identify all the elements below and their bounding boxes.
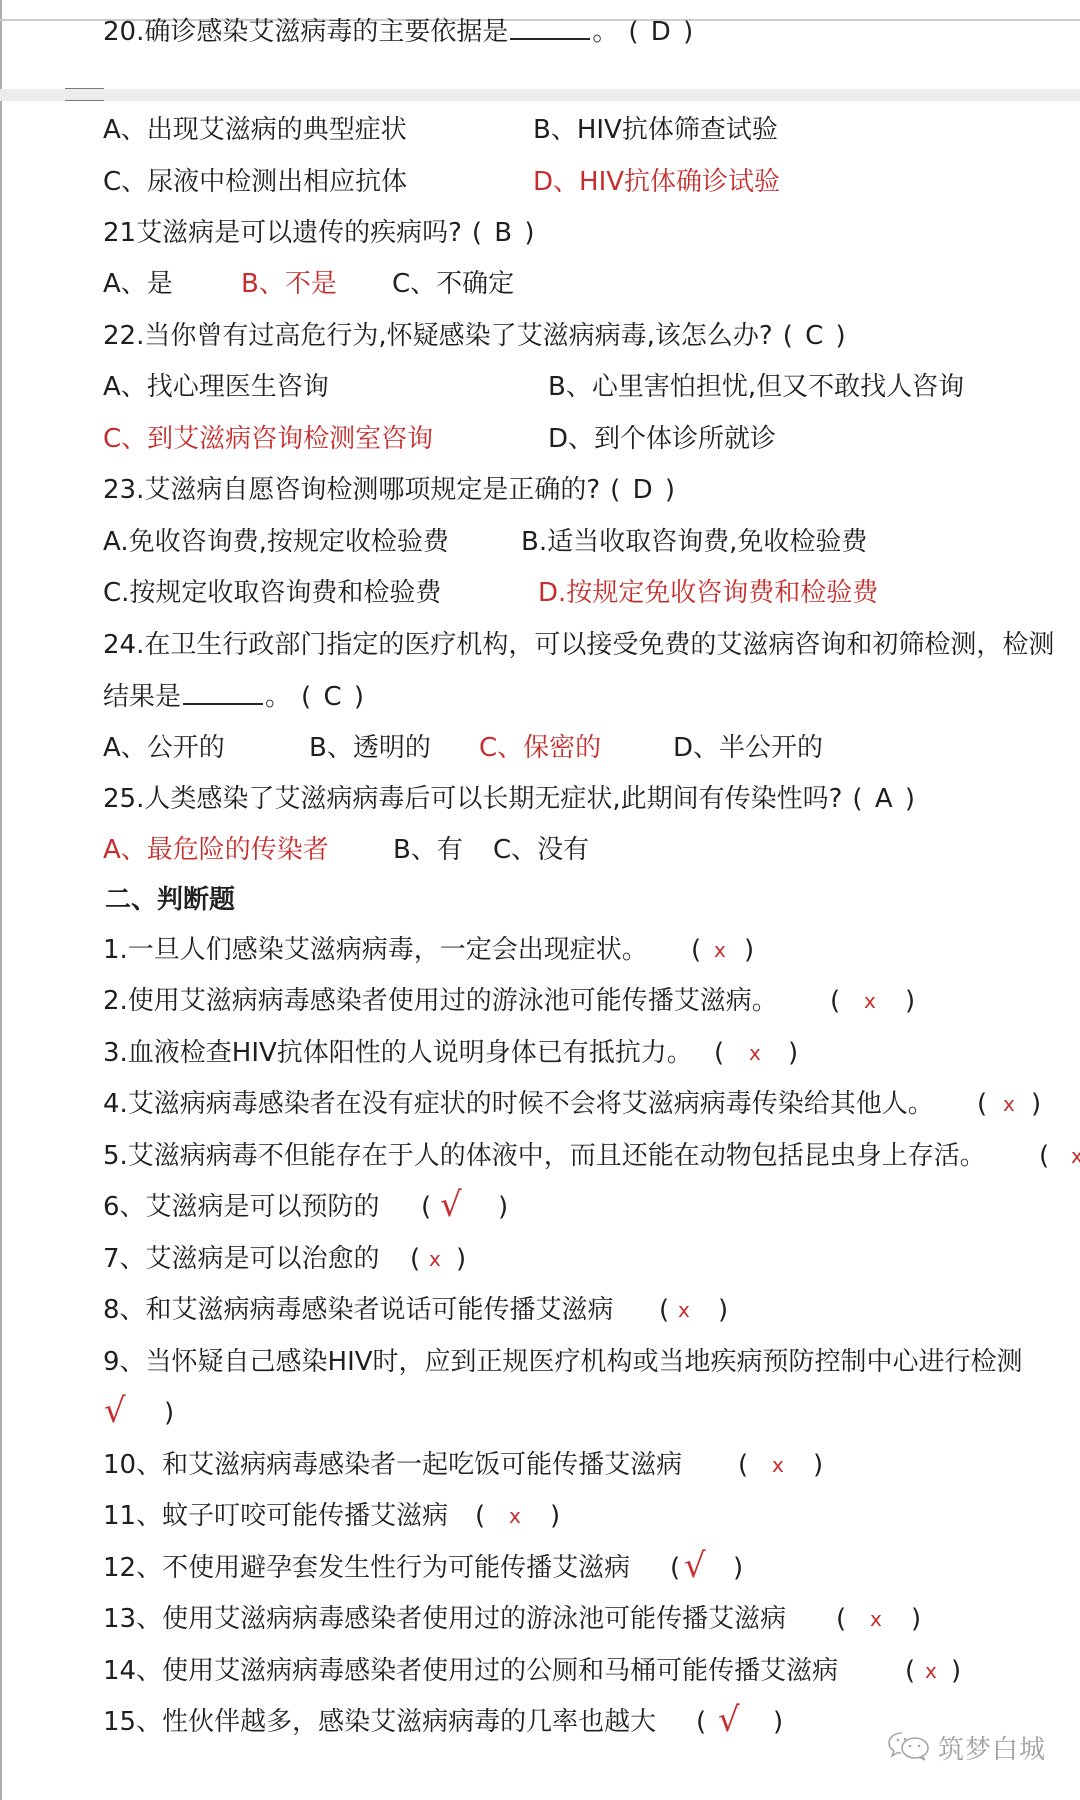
- wechat-icon: [886, 1729, 932, 1765]
- fill-in-blank: [510, 16, 590, 40]
- close-paren: ): [744, 935, 754, 965]
- open-paren: (: [475, 1501, 485, 1531]
- options-row: A、找心理医生咨询 B、心里害怕担忧,但又不敢找人咨询: [0, 372, 1080, 402]
- open-paren: (: [738, 1450, 748, 1480]
- answer-key: ( C ): [783, 321, 848, 351]
- tf-stem: 13、使用艾滋病病毒感染者使用过的游泳池可能传播艾滋病: [103, 1604, 786, 1634]
- close-paren: ): [813, 1450, 823, 1480]
- tf-stem: 1.一旦人们感染艾滋病病毒，一定会出现症状。: [103, 935, 648, 965]
- question-stem-continued: 结果是。( C ): [103, 681, 366, 712]
- options-row: A、出现艾滋病的典型症状 B、HIV抗体筛查试验: [0, 115, 1080, 145]
- fill-in-blank: [183, 681, 263, 705]
- option-a: A、找心理医生咨询: [103, 372, 329, 402]
- cross-mark-icon: x: [772, 1450, 784, 1480]
- tf-item-8: 8、和艾滋病病毒感染者说话可能传播艾滋病 ( x ): [0, 1295, 1080, 1325]
- option-b: B、HIV抗体筛查试验: [533, 115, 778, 145]
- cross-mark-icon: x: [429, 1244, 441, 1274]
- tf-item-10: 10、和艾滋病病毒感染者一起吃饭可能传播艾滋病 ( x ): [0, 1450, 1080, 1480]
- option-c: C、尿液中检测出相应抗体: [103, 167, 407, 197]
- options-row: A、最危险的传染者 B、有 C、没有: [0, 835, 1080, 865]
- open-paren: (: [714, 1038, 724, 1068]
- answer-key: ( C ): [301, 682, 366, 712]
- options-row: C、尿液中检测出相应抗体 D、HIV抗体确诊试验: [0, 167, 1080, 197]
- option-c-correct: C、保密的: [479, 733, 601, 763]
- question-stem: 25.人类感染了艾滋病病毒后可以长期无症状,此期间有传染性吗?( A ): [103, 784, 917, 814]
- question-stem: 22.当你曾有过高危行为,怀疑感染了艾滋病病毒,该怎么办?( C ): [103, 321, 848, 351]
- cross-mark-icon: x: [509, 1501, 521, 1531]
- option-d-correct: D、HIV抗体确诊试验: [533, 167, 780, 197]
- close-paren: ): [905, 986, 915, 1016]
- section-heading: 二、判断题: [0, 885, 1080, 915]
- close-paren: ): [718, 1295, 728, 1325]
- answer-key: ( B ): [472, 218, 537, 248]
- check-mark-icon: √: [440, 1190, 462, 1220]
- tf-item-7: 7、艾滋病是可以治愈的 ( x ): [0, 1244, 1080, 1274]
- check-mark-icon: √: [684, 1551, 706, 1581]
- question-24: 24.在卫生行政部门指定的医疗机构，可以接受免费的艾滋病咨询和初筛检测，检测: [0, 630, 1080, 660]
- tf-item-13: 13、使用艾滋病病毒感染者使用过的游泳池可能传播艾滋病 ( x ): [0, 1604, 1080, 1634]
- answer-key: ( A ): [852, 784, 917, 814]
- open-paren: (: [1039, 1141, 1049, 1171]
- question-22: 22.当你曾有过高危行为,怀疑感染了艾滋病病毒,该怎么办?( C ): [0, 321, 1080, 351]
- question-25: 25.人类感染了艾滋病病毒后可以长期无症状,此期间有传染性吗?( A ): [0, 784, 1080, 814]
- cross-mark-icon: x: [678, 1295, 690, 1325]
- close-paren: ): [550, 1501, 560, 1531]
- tf-item-3: 3.血液检查HIV抗体阳性的人说明身体已有抵抗力。 ( x ): [0, 1038, 1080, 1068]
- close-paren: ): [456, 1244, 466, 1274]
- question-stem: 23.艾滋病自愿咨询检测哪项规定是正确的?( D ): [103, 475, 677, 505]
- cross-mark-icon: x: [714, 935, 726, 965]
- page-break-band: [0, 89, 1080, 101]
- question-20: 20.确诊感染艾滋病毒的主要依据是。( D ): [0, 16, 1080, 46]
- answer-key: ( D ): [610, 475, 677, 505]
- watermark-text: 筑梦白城: [938, 1729, 1046, 1766]
- close-paren: ): [1031, 1089, 1041, 1119]
- tf-item-11: 11、蚊子叮咬可能传播艾滋病 ( x ): [0, 1501, 1080, 1531]
- open-paren: (: [977, 1089, 987, 1119]
- check-mark-icon: √: [718, 1705, 740, 1735]
- tf-stem: 4.艾滋病病毒感染者在没有症状的时候不会将艾滋病病毒传染给其他人。: [103, 1089, 934, 1119]
- watermark: 筑梦白城: [886, 1731, 1046, 1763]
- open-paren: (: [421, 1192, 431, 1222]
- option-b-correct: B、不是: [241, 269, 337, 299]
- question-stem: 20.确诊感染艾滋病毒的主要依据是。( D ): [103, 16, 695, 47]
- option-a: A、出现艾滋病的典型症状: [103, 115, 407, 145]
- tf-stem: 14、使用艾滋病病毒感染者使用过的公厕和马桶可能传播艾滋病: [103, 1656, 838, 1686]
- options-row: C.按规定收取咨询费和检验费 D.按规定免收咨询费和检验费: [0, 578, 1080, 608]
- cross-mark-icon: x: [864, 986, 876, 1016]
- cross-mark-icon: x: [1071, 1141, 1080, 1171]
- option-d-correct: D.按规定免收咨询费和检验费: [538, 578, 878, 608]
- cross-mark-icon: x: [925, 1656, 937, 1686]
- question-stem: 21艾滋病是可以遗传的疾病吗?( B ): [103, 218, 537, 248]
- close-paren: ): [733, 1553, 743, 1583]
- page-break-marker-top: [65, 88, 104, 89]
- tf-stem: 11、蚊子叮咬可能传播艾滋病: [103, 1501, 448, 1531]
- open-paren: (: [691, 935, 701, 965]
- tf-stem: 12、不使用避孕套发生性行为可能传播艾滋病: [103, 1553, 630, 1583]
- tf-stem: 5.艾滋病病毒不但能存在于人的体液中，而且还能在动物包括昆虫身上存活。: [103, 1141, 986, 1171]
- close-paren: ): [788, 1038, 798, 1068]
- tf-stem: 8、和艾滋病病毒感染者说话可能传播艾滋病: [103, 1295, 614, 1325]
- tf-stem: 10、和艾滋病病毒感染者一起吃饭可能传播艾滋病: [103, 1450, 682, 1480]
- option-c: C、没有: [493, 835, 589, 865]
- option-d: D、半公开的: [673, 733, 823, 763]
- page-break-marker-bottom: [65, 100, 104, 101]
- open-paren: (: [659, 1295, 669, 1325]
- option-b: B、有: [393, 835, 463, 865]
- option-a-correct: A、最危险的传染者: [103, 835, 329, 865]
- tf-item-12: 12、不使用避孕套发生性行为可能传播艾滋病 ( √ ): [0, 1553, 1080, 1583]
- close-paren: ): [911, 1604, 921, 1634]
- question-23: 23.艾滋病自愿咨询检测哪项规定是正确的?( D ): [0, 475, 1080, 505]
- tf-item-14: 14、使用艾滋病病毒感染者使用过的公厕和马桶可能传播艾滋病 ( x ): [0, 1656, 1080, 1686]
- tf-item-5: 5.艾滋病病毒不但能存在于人的体液中，而且还能在动物包括昆虫身上存活。 ( x: [0, 1141, 1080, 1171]
- close-paren: ): [498, 1192, 508, 1222]
- options-row: A、公开的 B、透明的 C、保密的 D、半公开的: [0, 733, 1080, 763]
- option-b: B、心里害怕担忧,但又不敢找人咨询: [548, 372, 964, 402]
- section-title: 二、判断题: [105, 885, 235, 915]
- option-a: A、是: [103, 269, 173, 299]
- tf-stem: 2.使用艾滋病病毒感染者使用过的游泳池可能传播艾滋病。: [103, 986, 778, 1016]
- open-paren: (: [696, 1707, 706, 1737]
- open-paren: (: [670, 1553, 680, 1583]
- tf-item-2: 2.使用艾滋病病毒感染者使用过的游泳池可能传播艾滋病。 ( x ): [0, 986, 1080, 1016]
- question-24-continued: 结果是。( C ): [0, 681, 1080, 711]
- cross-mark-icon: x: [749, 1038, 761, 1068]
- tf-item-9-continued: √ ): [0, 1398, 1080, 1428]
- open-paren: (: [410, 1244, 420, 1274]
- tf-stem: 9、当怀疑自己感染HIV时，应到正规医疗机构或当地疾病预防控制中心进行检测: [103, 1347, 1023, 1377]
- option-b: B、透明的: [309, 733, 431, 763]
- options-row: A.免收咨询费,按规定收检验费 B.适当收取咨询费,免收检验费: [0, 527, 1080, 557]
- options-row: C、到艾滋病咨询检测室咨询 D、到个体诊所就诊: [0, 424, 1080, 454]
- answer-key: ( D ): [628, 17, 695, 47]
- tf-item-4: 4.艾滋病病毒感染者在没有症状的时候不会将艾滋病病毒传染给其他人。 ( x ): [0, 1089, 1080, 1119]
- tf-stem: 15、性伙伴越多，感染艾滋病病毒的几率也越大: [103, 1707, 656, 1737]
- option-c: C、不确定: [392, 269, 514, 299]
- tf-item-9: 9、当怀疑自己感染HIV时，应到正规医疗机构或当地疾病预防控制中心进行检测: [0, 1347, 1080, 1377]
- close-paren: ): [164, 1398, 174, 1428]
- tf-item-1: 1.一旦人们感染艾滋病病毒，一定会出现症状。 ( x ): [0, 935, 1080, 965]
- open-paren: (: [830, 986, 840, 1016]
- option-b: B.适当收取咨询费,免收检验费: [521, 527, 867, 557]
- close-paren: ): [773, 1707, 783, 1737]
- tf-stem: 7、艾滋病是可以治愈的: [103, 1244, 380, 1274]
- option-a: A.免收咨询费,按规定收检验费: [103, 527, 449, 557]
- tf-item-6: 6、艾滋病是可以预防的 ( √ ): [0, 1192, 1080, 1222]
- options-row: A、是 B、不是 C、不确定: [0, 269, 1080, 299]
- check-mark-icon: √: [104, 1396, 126, 1426]
- tf-stem: 3.血液检查HIV抗体阳性的人说明身体已有抵抗力。: [103, 1038, 693, 1068]
- open-paren: (: [836, 1604, 846, 1634]
- open-paren: (: [905, 1656, 915, 1686]
- close-paren: ): [951, 1656, 961, 1686]
- option-d: D、到个体诊所就诊: [548, 424, 776, 454]
- option-c: C.按规定收取咨询费和检验费: [103, 578, 441, 608]
- option-a: A、公开的: [103, 733, 225, 763]
- option-c-correct: C、到艾滋病咨询检测室咨询: [103, 424, 433, 454]
- question-21: 21艾滋病是可以遗传的疾病吗?( B ): [0, 218, 1080, 248]
- cross-mark-icon: x: [1003, 1089, 1015, 1119]
- cross-mark-icon: x: [870, 1604, 882, 1634]
- question-stem: 24.在卫生行政部门指定的医疗机构，可以接受免费的艾滋病咨询和初筛检测，检测: [103, 630, 1054, 660]
- tf-stem: 6、艾滋病是可以预防的: [103, 1192, 380, 1222]
